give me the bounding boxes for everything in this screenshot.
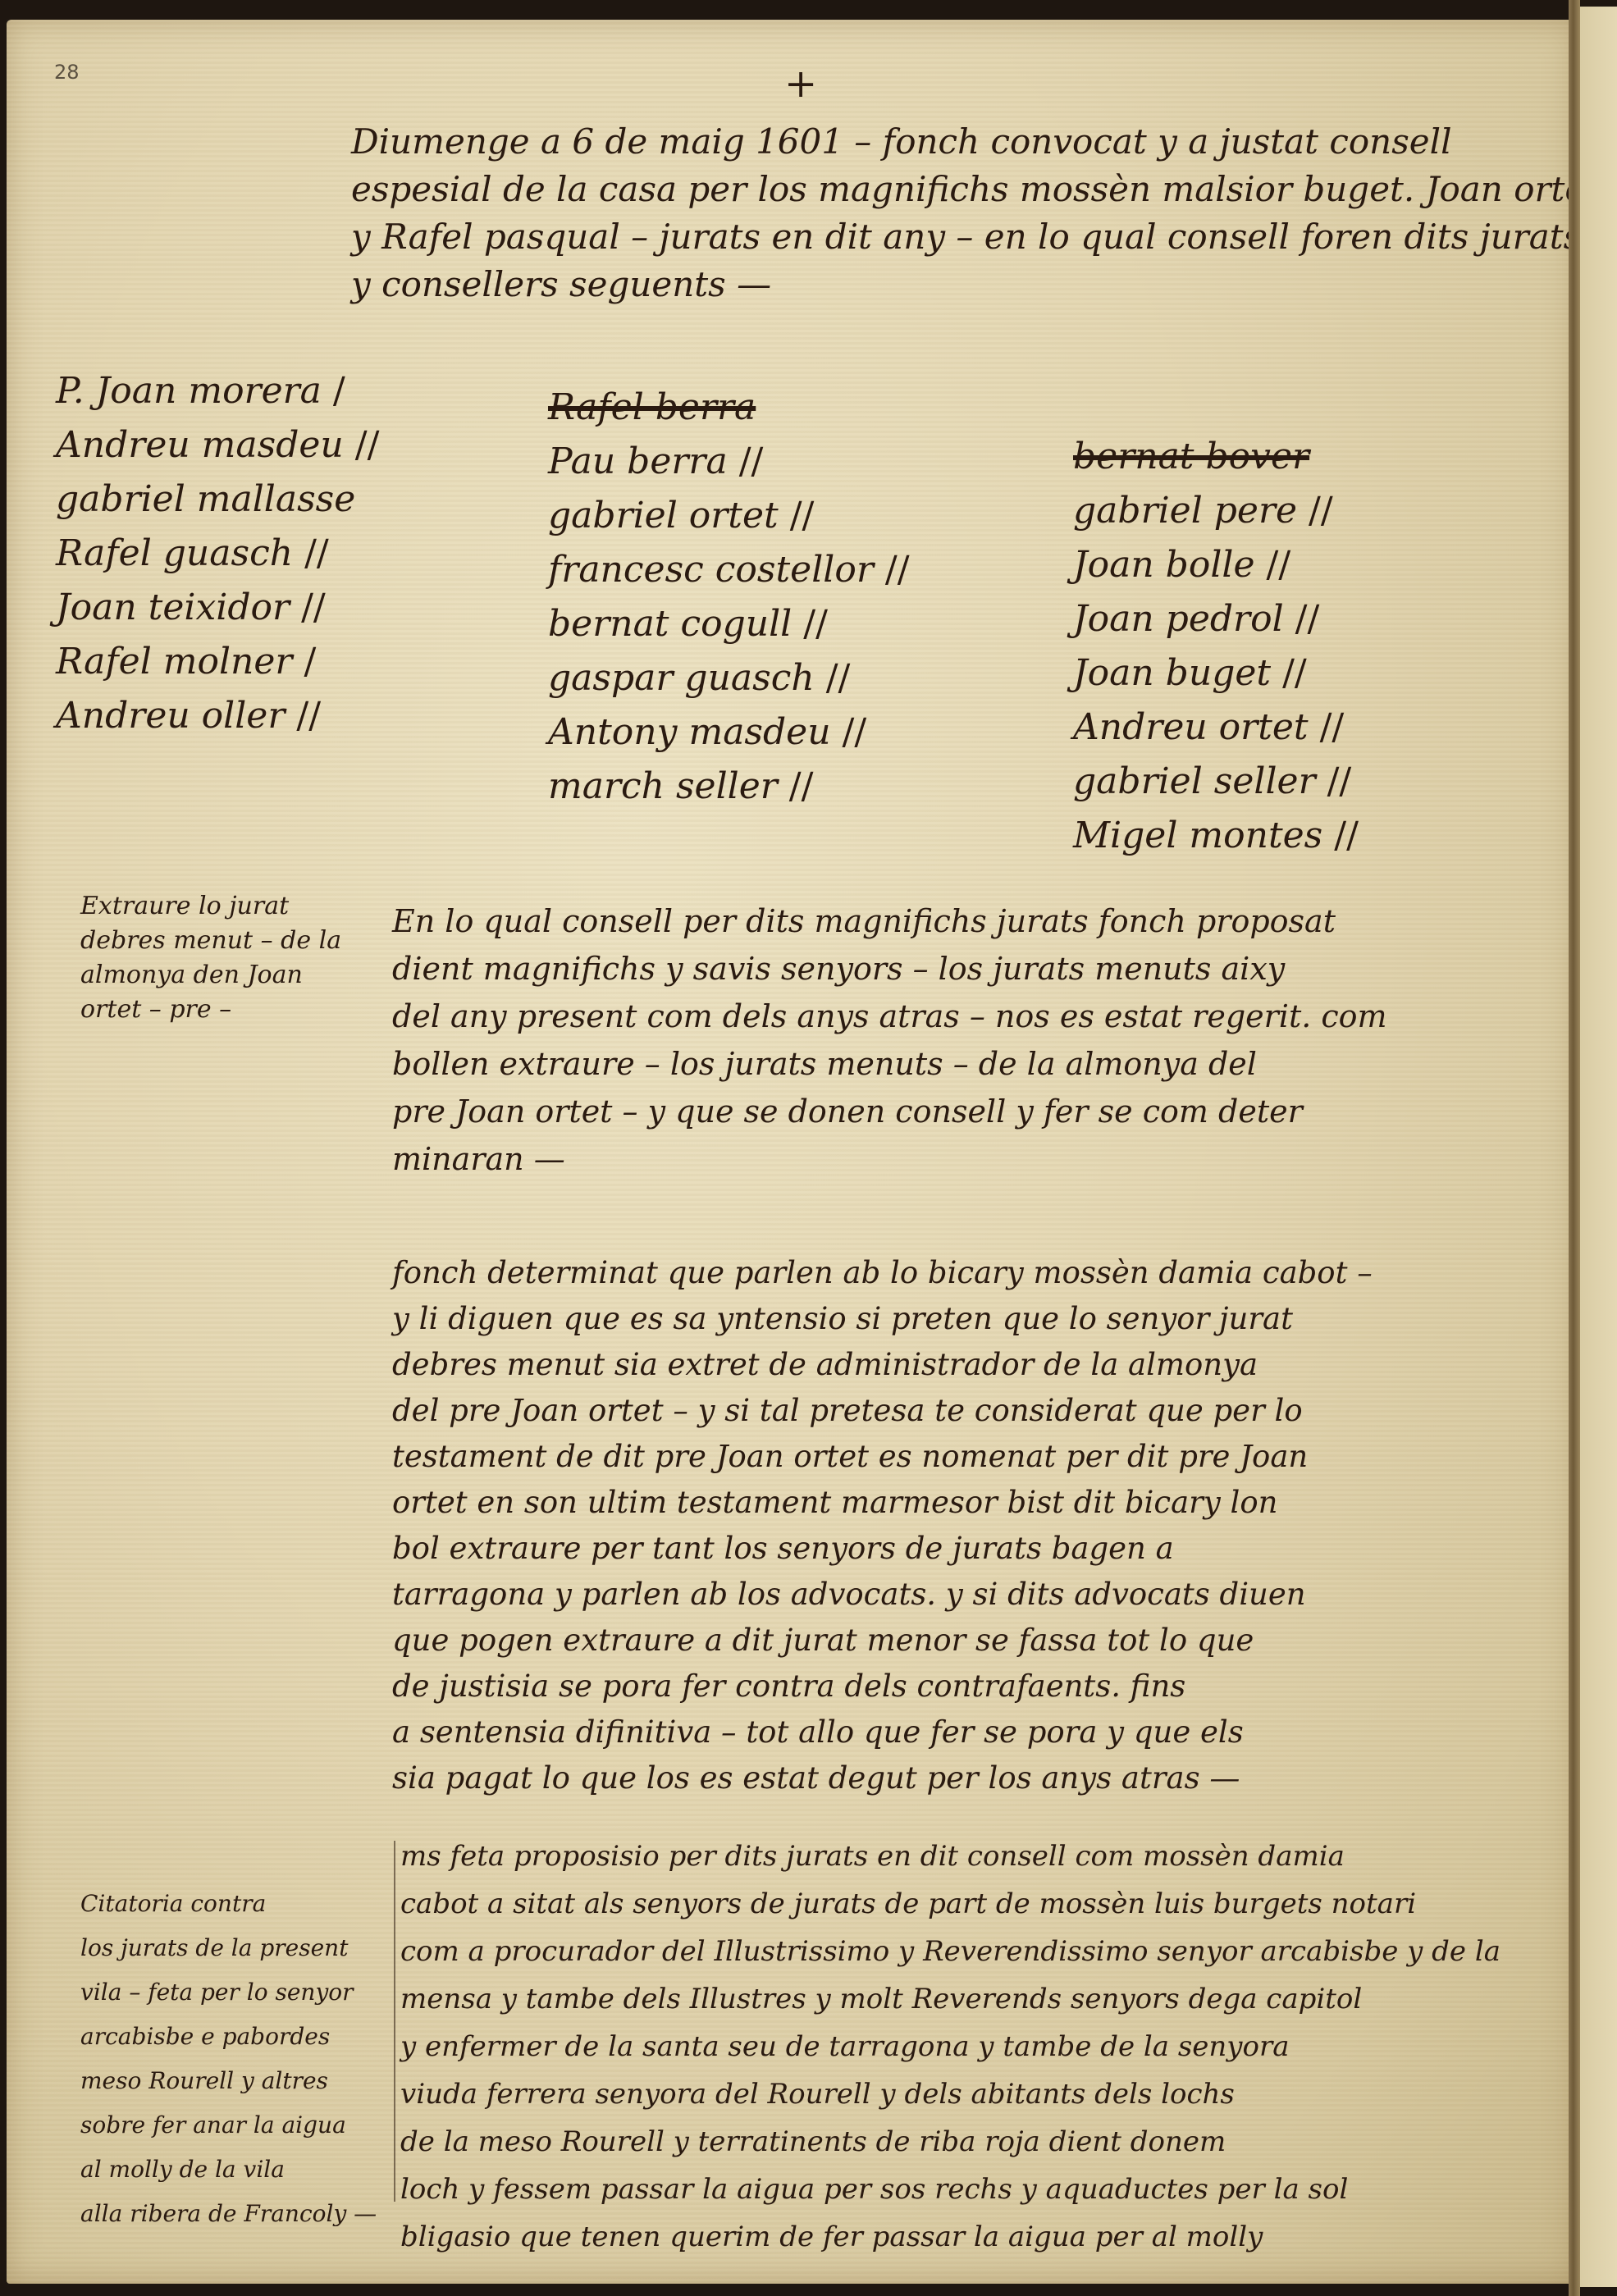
paragraph-line: que pogen extraure a dit jurat menor se … xyxy=(392,1618,1582,1664)
margin-note-line: debres menut – de la xyxy=(80,924,376,958)
paragraph-line: y enfermer de la santa seu de tarragona … xyxy=(400,2023,1590,2070)
paragraph-line: del any present com dels anys atras – no… xyxy=(392,993,1582,1040)
paragraph-line: fonch determinat que parlen ab lo bicary… xyxy=(392,1250,1582,1296)
margin-note-line: almonya den Joan xyxy=(80,958,376,993)
paragraph-line: testament de dit pre Joan ortet es nomen… xyxy=(392,1434,1582,1480)
meeting-heading: Diumenge a 6 de maig 1601 – fonch convoc… xyxy=(351,118,1582,308)
margin-note-line: ortet – pre – xyxy=(80,993,376,1027)
margin-note-line: arcabisbe e pabordes xyxy=(80,2015,384,2059)
councillor-name: bernat cogull// xyxy=(548,597,910,651)
councillor-name: Joan pedrol// xyxy=(1073,592,1359,646)
councillor-name: Rafel guasch// xyxy=(56,527,379,581)
margin-note-line: alla ribera de Francoly — xyxy=(80,2192,384,2236)
councillor-name: Joan teixidor// xyxy=(56,581,379,635)
paragraph-line: minaran — xyxy=(392,1135,1582,1183)
paragraph-line: ms feta proposisio per dits jurats en di… xyxy=(400,1833,1590,1880)
paragraph-line: dient magnifichs y savis senyors – los j… xyxy=(392,945,1582,993)
heading-line: Diumenge a 6 de maig 1601 – fonch convoc… xyxy=(351,118,1582,166)
paragraph-line: y li diguen que es sa yntensio si preten… xyxy=(392,1296,1582,1342)
paragraph-line: a sentensia difinitiva – tot allo que fe… xyxy=(392,1709,1582,1755)
councillor-name: gaspar guasch// xyxy=(548,651,910,705)
paragraph-line: de la meso Rourell y terratinents de rib… xyxy=(400,2118,1590,2166)
heading-line: y Rafel pasqual – jurats en dit any – en… xyxy=(351,213,1582,261)
paragraph-line: cabot a sitat als senyors de jurats de p… xyxy=(400,1880,1590,1928)
councillor-name: francesc costellor// xyxy=(548,543,910,597)
councillor-list-column-3: bernat bover gabriel pere// Joan bolle//… xyxy=(1073,430,1359,863)
margin-note-line: al molly de la vila xyxy=(80,2148,384,2192)
councillor-name: gabriel ortet// xyxy=(548,489,910,543)
councillor-name: gabriel pere// xyxy=(1073,484,1359,538)
margin-note-line: Citatoria contra xyxy=(80,1882,384,1926)
paragraph-line: mensa y tambe dels Illustres y molt Reve… xyxy=(400,1975,1590,2023)
councillor-name: march seller// xyxy=(548,760,910,814)
councillor-name: gabriel seller// xyxy=(1073,755,1359,809)
heading-line: espesial de la casa per los magnifichs m… xyxy=(351,166,1582,213)
margin-note-line: sobre fer anar la aigua xyxy=(80,2103,384,2148)
paragraph-line: bol extraure per tant los senyors de jur… xyxy=(392,1526,1582,1572)
paragraph-line: bollen extraure – los jurats menuts – de… xyxy=(392,1040,1582,1088)
councillor-name: Andreu oller// xyxy=(56,689,379,743)
paragraph-line: debres menut sia extret de administrador… xyxy=(392,1342,1582,1388)
margin-note-line: meso Rourell y altres xyxy=(80,2059,384,2103)
councillor-name: Rafel molner/ xyxy=(56,635,379,689)
paragraph-line: pre Joan ortet – y que se donen consell … xyxy=(392,1088,1582,1135)
paragraph-line: tarragona y parlen ab los advocats. y si… xyxy=(392,1572,1582,1618)
paragraph-line: En lo qual consell per dits magnifichs j… xyxy=(392,897,1582,945)
councillor-name-struck: bernat bover xyxy=(1073,430,1359,484)
margin-note-extraure: Extraure lo jurat debres menut – de la a… xyxy=(80,889,376,1027)
councillor-list-column-1: P. Joan morera/ Andreu masdeu// gabriel … xyxy=(56,364,379,743)
manuscript-page: 28 + Diumenge a 6 de maig 1601 – fonch c… xyxy=(7,20,1577,2284)
paragraph-line: viuda ferrera senyora del Rourell y dels… xyxy=(400,2070,1590,2118)
paragraph-line: del pre Joan ortet – y si tal pretesa te… xyxy=(392,1388,1582,1434)
paragraph-line: loch y fessem passar la aigua per sos re… xyxy=(400,2166,1590,2213)
councillor-name: Antony masdeu// xyxy=(548,705,910,760)
councillor-name: gabriel mallasse xyxy=(56,472,379,527)
margin-bracket-line xyxy=(394,1841,399,2202)
paragraph-citation: ms feta proposisio per dits jurats en di… xyxy=(400,1833,1590,2261)
paragraph-line: bligasio que tenen querim de fer passar … xyxy=(400,2213,1590,2261)
councillor-name: Joan bolle// xyxy=(1073,538,1359,592)
paragraph-determination: fonch determinat que parlen ab lo bicary… xyxy=(392,1250,1582,1801)
paragraph-line: ortet en son ultim testament marmesor bi… xyxy=(392,1480,1582,1526)
margin-note-line: vila – feta per lo senyor xyxy=(80,1970,384,2015)
margin-note-line: los jurats de la present xyxy=(80,1926,384,1970)
councillor-name: Migel montes// xyxy=(1073,809,1359,863)
margin-note-citatoria: Citatoria contra los jurats de la presen… xyxy=(80,1882,384,2236)
councillor-name: Pau berra// xyxy=(548,435,910,489)
councillor-name: Andreu masdeu// xyxy=(56,418,379,472)
adjacent-page-edge xyxy=(1580,7,1617,2287)
margin-note-line: Extraure lo jurat xyxy=(80,889,376,924)
councillor-name: Andreu ortet// xyxy=(1073,701,1359,755)
paragraph-line: sia pagat lo que los es estat degut per … xyxy=(392,1755,1582,1801)
header-cross-mark: + xyxy=(784,61,817,107)
folio-number: 28 xyxy=(54,61,80,84)
paragraph-line: com a procurador del Illustrissimo y Rev… xyxy=(400,1928,1590,1975)
councillor-name: P. Joan morera/ xyxy=(56,364,379,418)
councillor-list-column-2: Rafel berra Pau berra// gabriel ortet// … xyxy=(548,381,910,814)
heading-line: y consellers seguents — xyxy=(351,261,1582,308)
councillor-name-struck: Rafel berra xyxy=(548,381,910,435)
paragraph-proposal: En lo qual consell per dits magnifichs j… xyxy=(392,897,1582,1183)
paragraph-line: de justisia se pora fer contra dels cont… xyxy=(392,1664,1582,1709)
book-gutter xyxy=(1569,0,1580,2296)
councillor-name: Joan buget// xyxy=(1073,646,1359,701)
